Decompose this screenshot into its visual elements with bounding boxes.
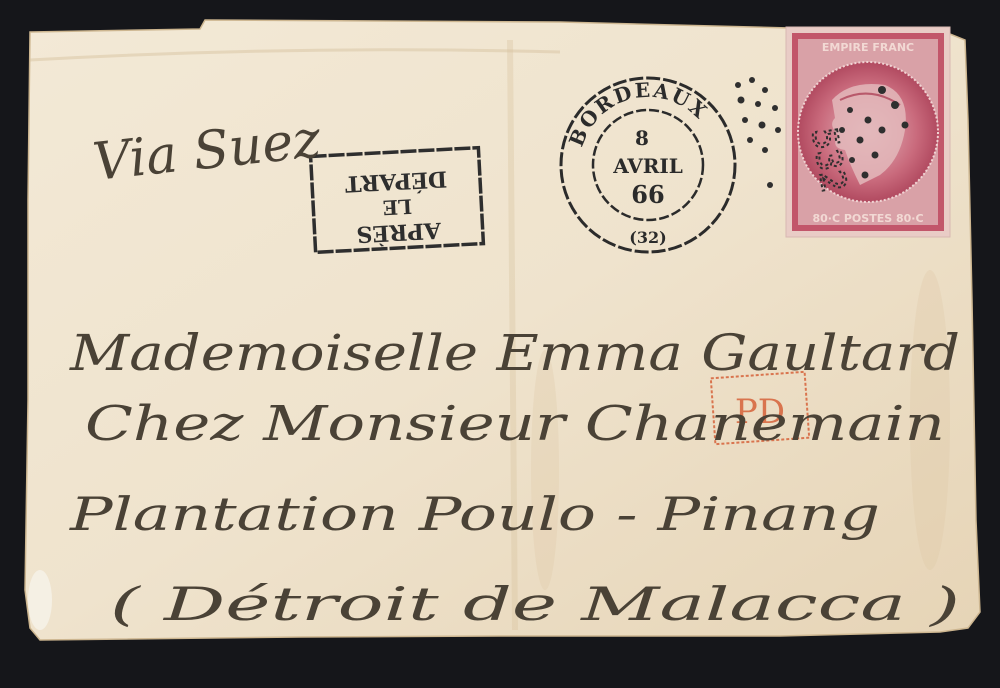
stamp-top-label: EMPIRE FRANC <box>822 41 914 54</box>
photo-scene: BORDEAUX 8 AVRIL 66 (32) EMPIRE FRANC <box>0 0 1000 688</box>
stamp: EMPIRE FRANC 532 80·C POSTES 80·C <box>786 27 950 237</box>
envelope: BORDEAUX 8 AVRIL 66 (32) EMPIRE FRANC <box>0 0 1000 688</box>
postmark-day: 8 <box>635 126 649 150</box>
postmark-year: 66 <box>631 180 664 209</box>
address-line-4: ( Détroit de Malacca ) <box>110 577 960 631</box>
address-line-3: Plantation Poulo - Pinang <box>69 487 880 541</box>
postmark-department: (32) <box>629 228 666 247</box>
handstamp-line-3: DÉPART <box>344 165 448 197</box>
handstamp-line-2: LE <box>382 194 413 220</box>
stamp-bottom-label: 80·C POSTES 80·C <box>812 212 923 225</box>
handstamp-line-1: APRÈS <box>356 217 443 248</box>
address-line-1: Mademoiselle Emma Gaultard <box>69 324 960 382</box>
address-line-2: Chez Monsieur Chanemain <box>85 396 945 452</box>
postmark-month: AVRIL <box>612 154 683 178</box>
